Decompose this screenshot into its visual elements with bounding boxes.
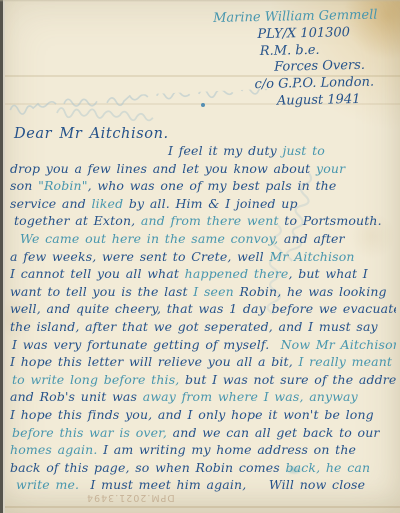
letter-text-segment: Now Mr Aitchison: [281, 337, 396, 352]
letter-text-segment: I really meant: [298, 354, 392, 369]
letter-text-segment: I feel it my duty: [168, 143, 283, 158]
letter-text-segment: just to: [283, 143, 325, 158]
letter-text-segment: by all. Him & I joined up: [129, 196, 298, 211]
letter-line: before this war is over, and we can all …: [10, 424, 396, 442]
page-edge-top: [0, 0, 400, 2]
sender-address-block: Marine William GemmellPLY/X 101300R.M. b…: [213, 7, 400, 112]
letter-line: back of this page, so when Robin comes b…: [10, 459, 396, 477]
letter-text-segment: We came out here in the same convoy,: [20, 231, 284, 246]
letter-line: I hope this finds you, and I only hope i…: [10, 406, 396, 424]
letter-text-segment: liked: [92, 196, 129, 211]
letter-text-segment: and after: [284, 231, 345, 246]
letter-text-segment: your: [316, 161, 345, 176]
letter-text-segment: the island, after that we got seperated,…: [10, 319, 378, 334]
letter-line: want to tell you is the last I seen Robi…: [10, 283, 396, 301]
letter-text-segment: , but what I: [288, 266, 367, 281]
letter-text-segment: but I was not sure of the address: [185, 372, 396, 387]
letter-page: Marine William GemmellPLY/X 101300R.M. b…: [0, 0, 400, 513]
letter-line: and Rob's unit was away from where I was…: [10, 388, 396, 406]
letter-text-segment: I cannot tell you all what: [10, 266, 185, 281]
ink-bleed-through: [55, 102, 176, 126]
letter-text-segment: I must meet him again, Will now close: [90, 477, 365, 492]
letter-line: write me. I must meet him again, Will no…: [10, 476, 396, 494]
letter-text-segment: I seen: [193, 284, 239, 299]
letter-body: I feel it my duty just todrop you a few …: [10, 142, 396, 494]
letter-text-segment: and from there went: [141, 213, 284, 228]
letter-text-segment: to Portsmouth.: [284, 213, 381, 228]
letter-line: drop you a few lines and let you know ab…: [10, 160, 396, 178]
letter-text-segment: I am writing my home address on the: [103, 442, 356, 457]
accession-number: DPM.2021.3494: [86, 492, 175, 503]
letter-text-segment: well, and quite cheery, that was 1 day b…: [10, 301, 396, 316]
letter-line: I was very fortunate getting of myself. …: [10, 336, 396, 354]
letter-text-segment: , who was one of my best pals in the: [88, 178, 337, 193]
letter-text-segment: Robin, he was looking: [239, 284, 386, 299]
letter-line: to write long before this, but I was not…: [10, 371, 396, 389]
letter-text-segment: and we can all get back to our: [173, 425, 380, 440]
letter-text-segment: I was very fortunate getting of myself.: [12, 337, 281, 352]
address-line: August 1941: [277, 91, 400, 110]
letter-line: son "Robin", who was one of my best pals…: [10, 177, 396, 195]
letter-text-segment: before this war is over,: [12, 425, 173, 440]
letter-text-segment: happened there: [185, 266, 289, 281]
letter-line: service and liked by all. Him & I joined…: [10, 195, 396, 213]
letter-line: I feel it my duty just to: [10, 142, 396, 160]
letter-text-segment: service and: [10, 196, 92, 211]
letter-line: the island, after that we got seperated,…: [10, 318, 396, 336]
letter-text-segment: Mr Aitchison: [269, 249, 354, 264]
salutation: Dear Mr Aitchison.: [14, 126, 169, 142]
ink-speck: [201, 103, 205, 107]
letter-line: We came out here in the same convoy, and…: [10, 230, 396, 248]
letter-line: well, and quite cheery, that was 1 day b…: [10, 300, 396, 318]
letter-line: together at Exton, and from there went t…: [10, 212, 396, 230]
letter-text-segment: want to tell you is the last: [10, 284, 193, 299]
letter-text-segment: I hope this letter will relieve you all …: [10, 354, 298, 369]
letter-text-segment: away from where I was, anyway: [143, 389, 358, 404]
letter-text-segment: back of this page, so when Robin comes: [10, 460, 285, 475]
letter-text-segment: "Robin": [38, 178, 88, 193]
letter-text-segment: to write long before this,: [12, 372, 185, 387]
letter-line: I cannot tell you all what happened ther…: [10, 265, 396, 283]
letter-text-segment: homes again.: [10, 442, 103, 457]
letter-line: homes again. I am writing my home addres…: [10, 441, 396, 459]
letter-text-segment: drop you a few lines and let you know ab…: [10, 161, 316, 176]
letter-text-segment: I hope this finds you, and I only hope i…: [10, 407, 374, 422]
letter-text-segment: together at Exton,: [14, 213, 141, 228]
letter-text-segment: write me.: [16, 477, 90, 492]
fold-crease: [0, 506, 400, 508]
letter-text-segment: son: [10, 178, 38, 193]
letter-line: I hope this letter will relieve you all …: [10, 353, 396, 371]
letter-text-segment: back, he can: [285, 460, 370, 475]
letter-text-segment: and Rob's unit was: [10, 389, 143, 404]
letter-text-segment: a few weeks, were sent to Crete, well: [10, 249, 269, 264]
page-edge-left: [0, 0, 6, 513]
letter-line: a few weeks, were sent to Crete, well Mr…: [10, 248, 396, 266]
